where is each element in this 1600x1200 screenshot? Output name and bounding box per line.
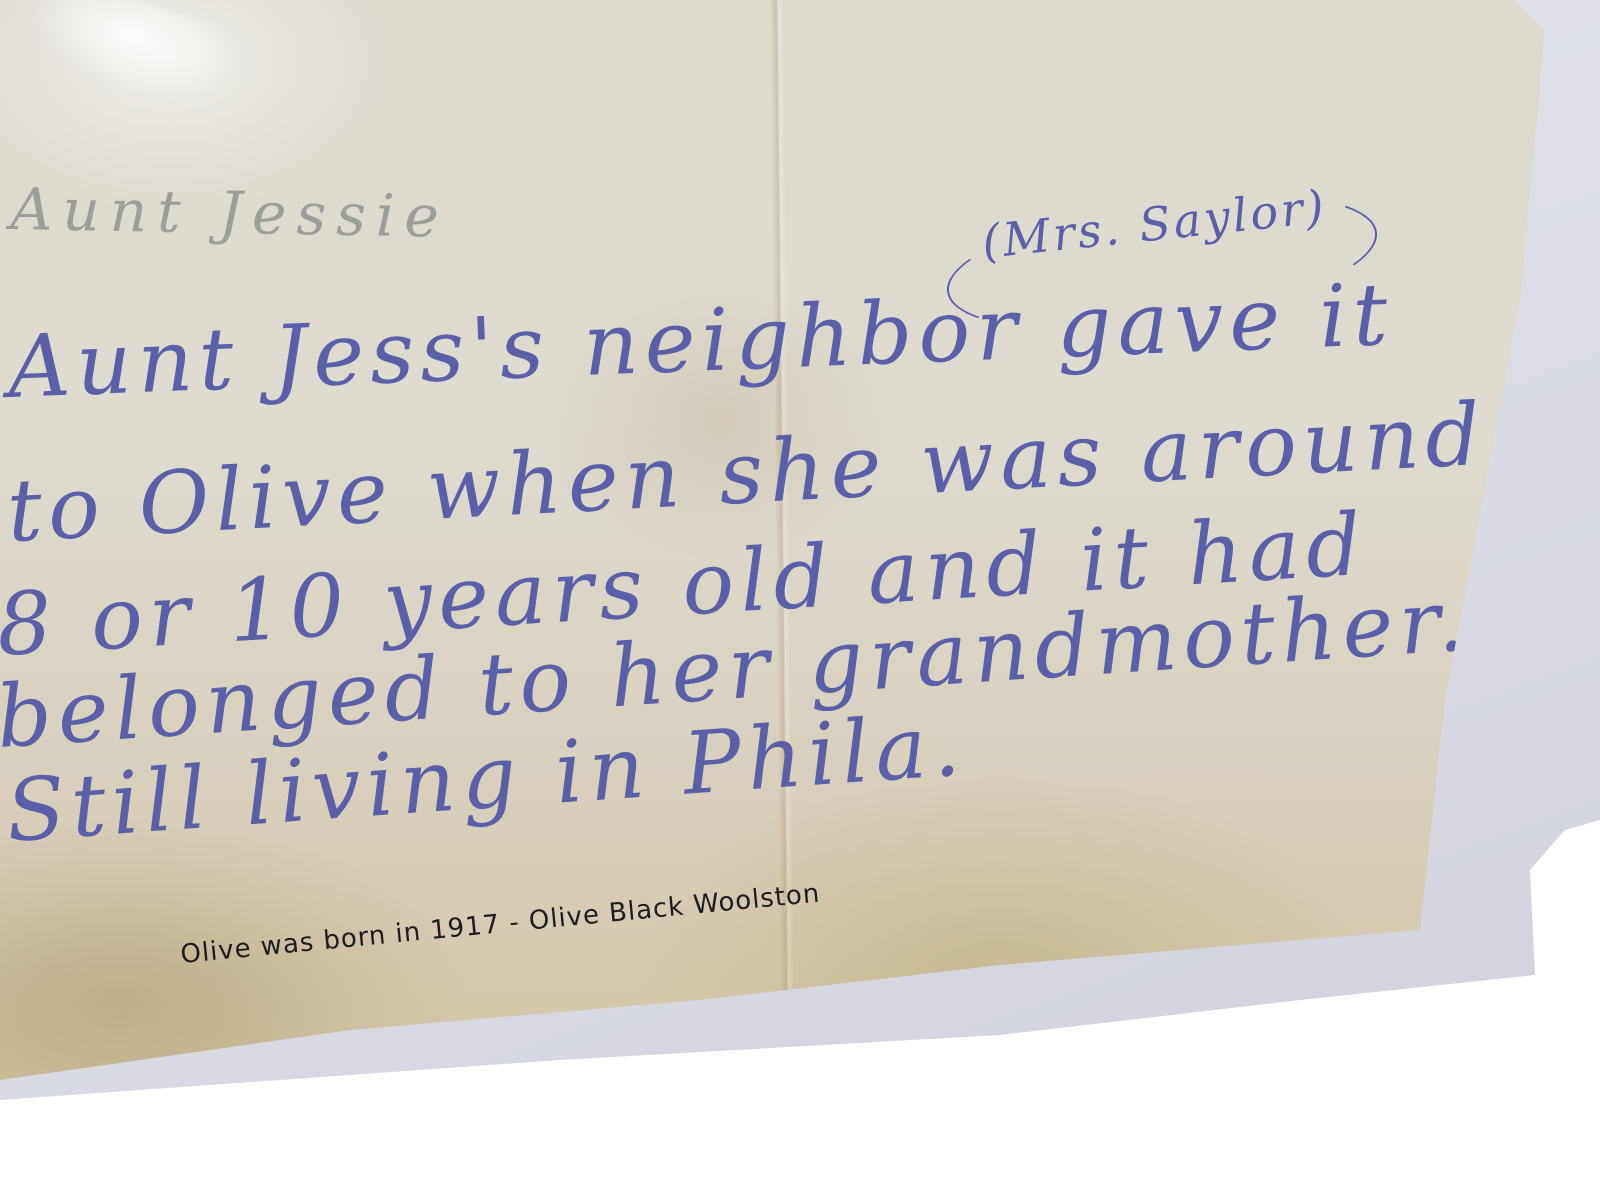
pencil-heading: Aunt Jessie	[10, 175, 449, 251]
photo-stage: Aunt Jessie (Mrs. Saylor) Aunt Jess's ne…	[0, 0, 1600, 1200]
light-glare	[11, 0, 248, 122]
note-line-1: Aunt Jess's neighbor gave it	[6, 265, 1395, 418]
marker-annotation: Olive was born in 1917 - Olive Black Woo…	[179, 879, 821, 970]
